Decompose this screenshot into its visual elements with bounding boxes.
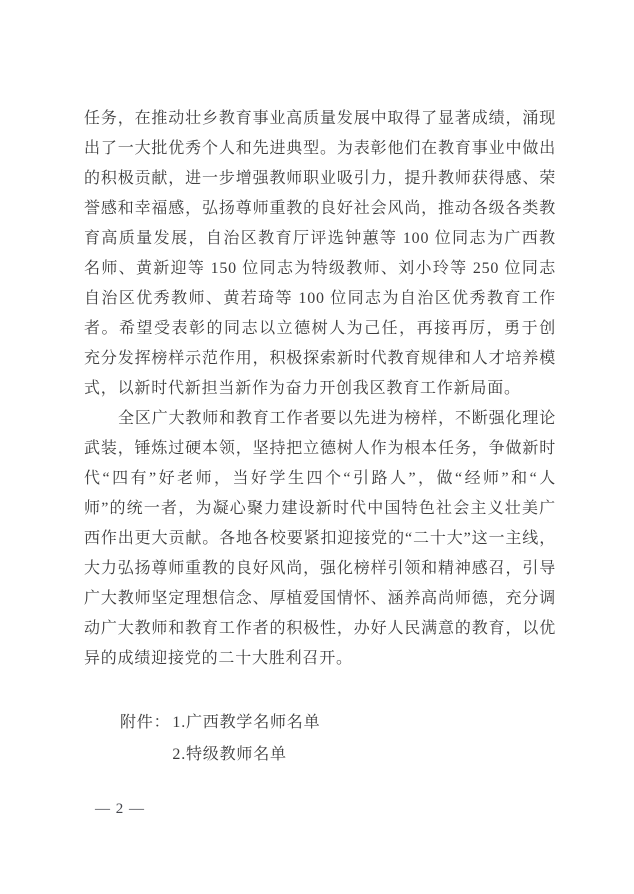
text-line: 动广大教师和教育工作者的积极性，办好人民满意的教育，以优: [84, 614, 556, 644]
text-line: 广大教师坚定理想信念、厚植爱国情怀、涵养高尚师德，充分调: [84, 584, 556, 614]
text-line: 育高质量发展，自治区教育厅评选钟蕙等 100 位同志为广西教学: [84, 224, 556, 254]
text-line: 任务，在推动壮乡教育事业高质量发展中取得了显著成绩，涌现: [84, 104, 556, 134]
attachment-items: 1.广西教学名师名单 2.特级教师名单: [172, 707, 320, 771]
text-line: 大力弘扬尊师重教的良好风尚，强化榜样引领和精神感召，引导: [84, 554, 556, 584]
text-line: 式，以新时代新担当新作为奋力开创我区教育工作新局面。: [84, 374, 556, 404]
text-line: 师”的统一者，为凝心聚力建设新时代中国特色社会主义壮美广: [84, 494, 556, 524]
text-line: 誉感和幸福感，弘扬尊师重教的良好社会风尚，推动各级各类教: [84, 194, 556, 224]
text-line: 西作出更大贡献。各地各校要紧扣迎接党的“二十大”这一主线，: [84, 524, 556, 554]
text-line: 异的成绩迎接党的二十大胜利召开。: [84, 644, 556, 674]
attachment-list: 附件： 1.广西教学名师名单 2.特级教师名单: [120, 707, 320, 771]
paragraph-2: 全区广大教师和教育工作者要以先进为榜样，不断强化理论 武装，锤炼过硬本领，坚持把…: [84, 404, 556, 674]
attachment-item: 1.广西教学名师名单: [172, 707, 320, 739]
attachment-label: 附件：: [120, 707, 170, 739]
text-line: 的积极贡献，进一步增强教师职业吸引力，提升教师获得感、荣: [84, 164, 556, 194]
text-line: 名师、黄新迎等 150 位同志为特级教师、刘小玲等 250 位同志为: [84, 254, 556, 284]
paragraph-1: 任务，在推动壮乡教育事业高质量发展中取得了显著成绩，涌现 出了一大批优秀个人和先…: [84, 104, 556, 404]
attachment-item: 2.特级教师名单: [172, 739, 320, 771]
document-body: 任务，在推动壮乡教育事业高质量发展中取得了显著成绩，涌现 出了一大批优秀个人和先…: [84, 104, 556, 674]
text-line: 代“四有”好老师，当好学生四个“引路人”，做“经师”和“人: [84, 464, 556, 494]
text-line: 自治区优秀教师、黄若琦等 100 位同志为自治区优秀教育工作: [84, 284, 556, 314]
text-line: 出了一大批优秀个人和先进典型。为表彰他们在教育事业中做出: [84, 134, 556, 164]
text-line: 者。希望受表彰的同志以立德树人为己任，再接再厉，勇于创新，: [84, 314, 556, 344]
text-line: 全区广大教师和教育工作者要以先进为榜样，不断强化理论: [84, 404, 556, 434]
text-line: 充分发挥榜样示范作用，积极探索新时代教育规律和人才培养模: [84, 344, 556, 374]
page-number: — 2 —: [95, 799, 145, 819]
text-line: 武装，锤炼过硬本领，坚持把立德树人作为根本任务，争做新时: [84, 434, 556, 464]
document-page: 任务，在推动壮乡教育事业高质量发展中取得了显著成绩，涌现 出了一大批优秀个人和先…: [0, 0, 634, 894]
